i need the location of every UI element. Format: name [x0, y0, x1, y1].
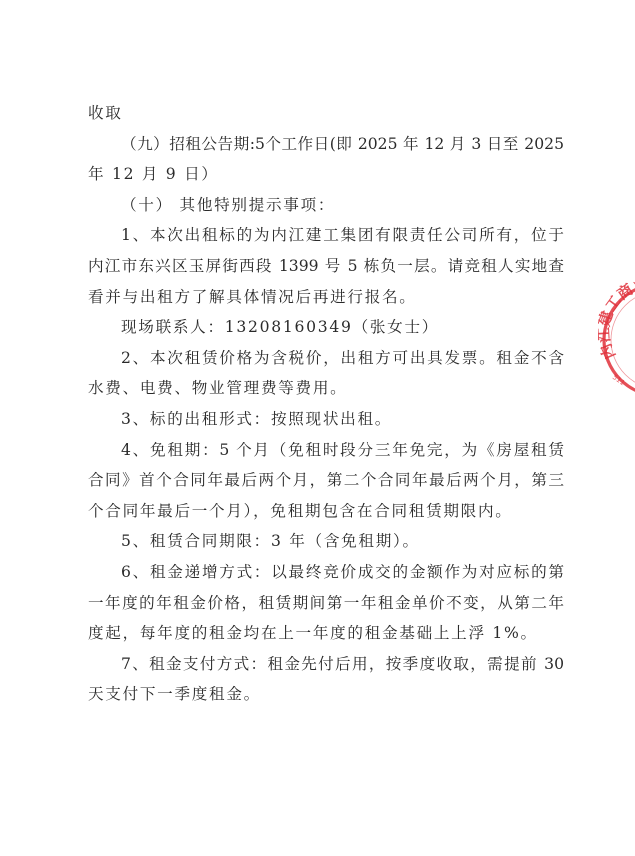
text-line-12: 4、免租期：5 个月（免租时段分三年免完，为《房屋租赁: [88, 435, 564, 466]
text-line-19: 7、租金支付方式：租金先付后用，按季度收取，需提前 30: [88, 649, 564, 680]
text-line-20: 天支付下一季度租金。: [88, 679, 564, 710]
seal-text: 内江建工商业: [598, 278, 635, 362]
text-line-15: 5、租赁合同期限：3 年（含免租期）。: [88, 526, 564, 557]
company-seal-icon: 内江建工商业 511: [598, 278, 635, 398]
text-line-11: 3、标的出租形式：按照现状出租。: [88, 404, 564, 435]
text-line-14: 个合同年最后一个月），免租期包含在合同租赁期限内。: [88, 496, 564, 527]
text-line-7: 看并与出租方了解具体情况后再进行报名。: [88, 282, 564, 313]
svg-text:内江建工商业: 内江建工商业: [598, 278, 635, 362]
text-line-16: 6、租金递增方式：以最终竞价成交的金额作为对应标的第: [88, 557, 564, 588]
text-line-10: 水费、电费、物业管理费等费用。: [88, 373, 564, 404]
text-line-1: 收取: [88, 98, 564, 129]
text-line-17: 一年度的年租金价格，租赁期间第一年租金单价不变，从第二年: [88, 588, 564, 619]
seal-code: 511: [611, 373, 627, 387]
document-body: 收取 （九）招租公告期:5个工作日(即 2025 年 12 月 3 日至 202…: [88, 98, 564, 710]
text-line-13: 合同》首个合同年最后两个月，第二个合同年最后两个月，第三: [88, 465, 564, 496]
contact-line: 现场联系人：13208160349（张女士）: [88, 312, 564, 343]
text-line-3: 年 12 月 9 日）: [88, 159, 564, 190]
section-heading-other-notes: （十） 其他特别提示事项：: [88, 190, 564, 221]
text-line-18: 度起，每年度的租金均在上一年度的租金基础上上浮 1%。: [88, 618, 564, 649]
text-line-2: （九）招租公告期:5个工作日(即 2025 年 12 月 3 日至 2025: [88, 129, 564, 160]
document-page: 收取 （九）招租公告期:5个工作日(即 2025 年 12 月 3 日至 202…: [0, 0, 635, 856]
text-line-9: 2、本次租赁价格为含税价，出租方可出具发票。租金不含: [88, 343, 564, 374]
text-line-6: 内江市东兴区玉屏街西段 1399 号 5 栋负一层。请竞租人实地查: [88, 251, 564, 282]
text-line-5: 1、本次出租标的为内江建工集团有限责任公司所有，位于: [88, 220, 564, 251]
